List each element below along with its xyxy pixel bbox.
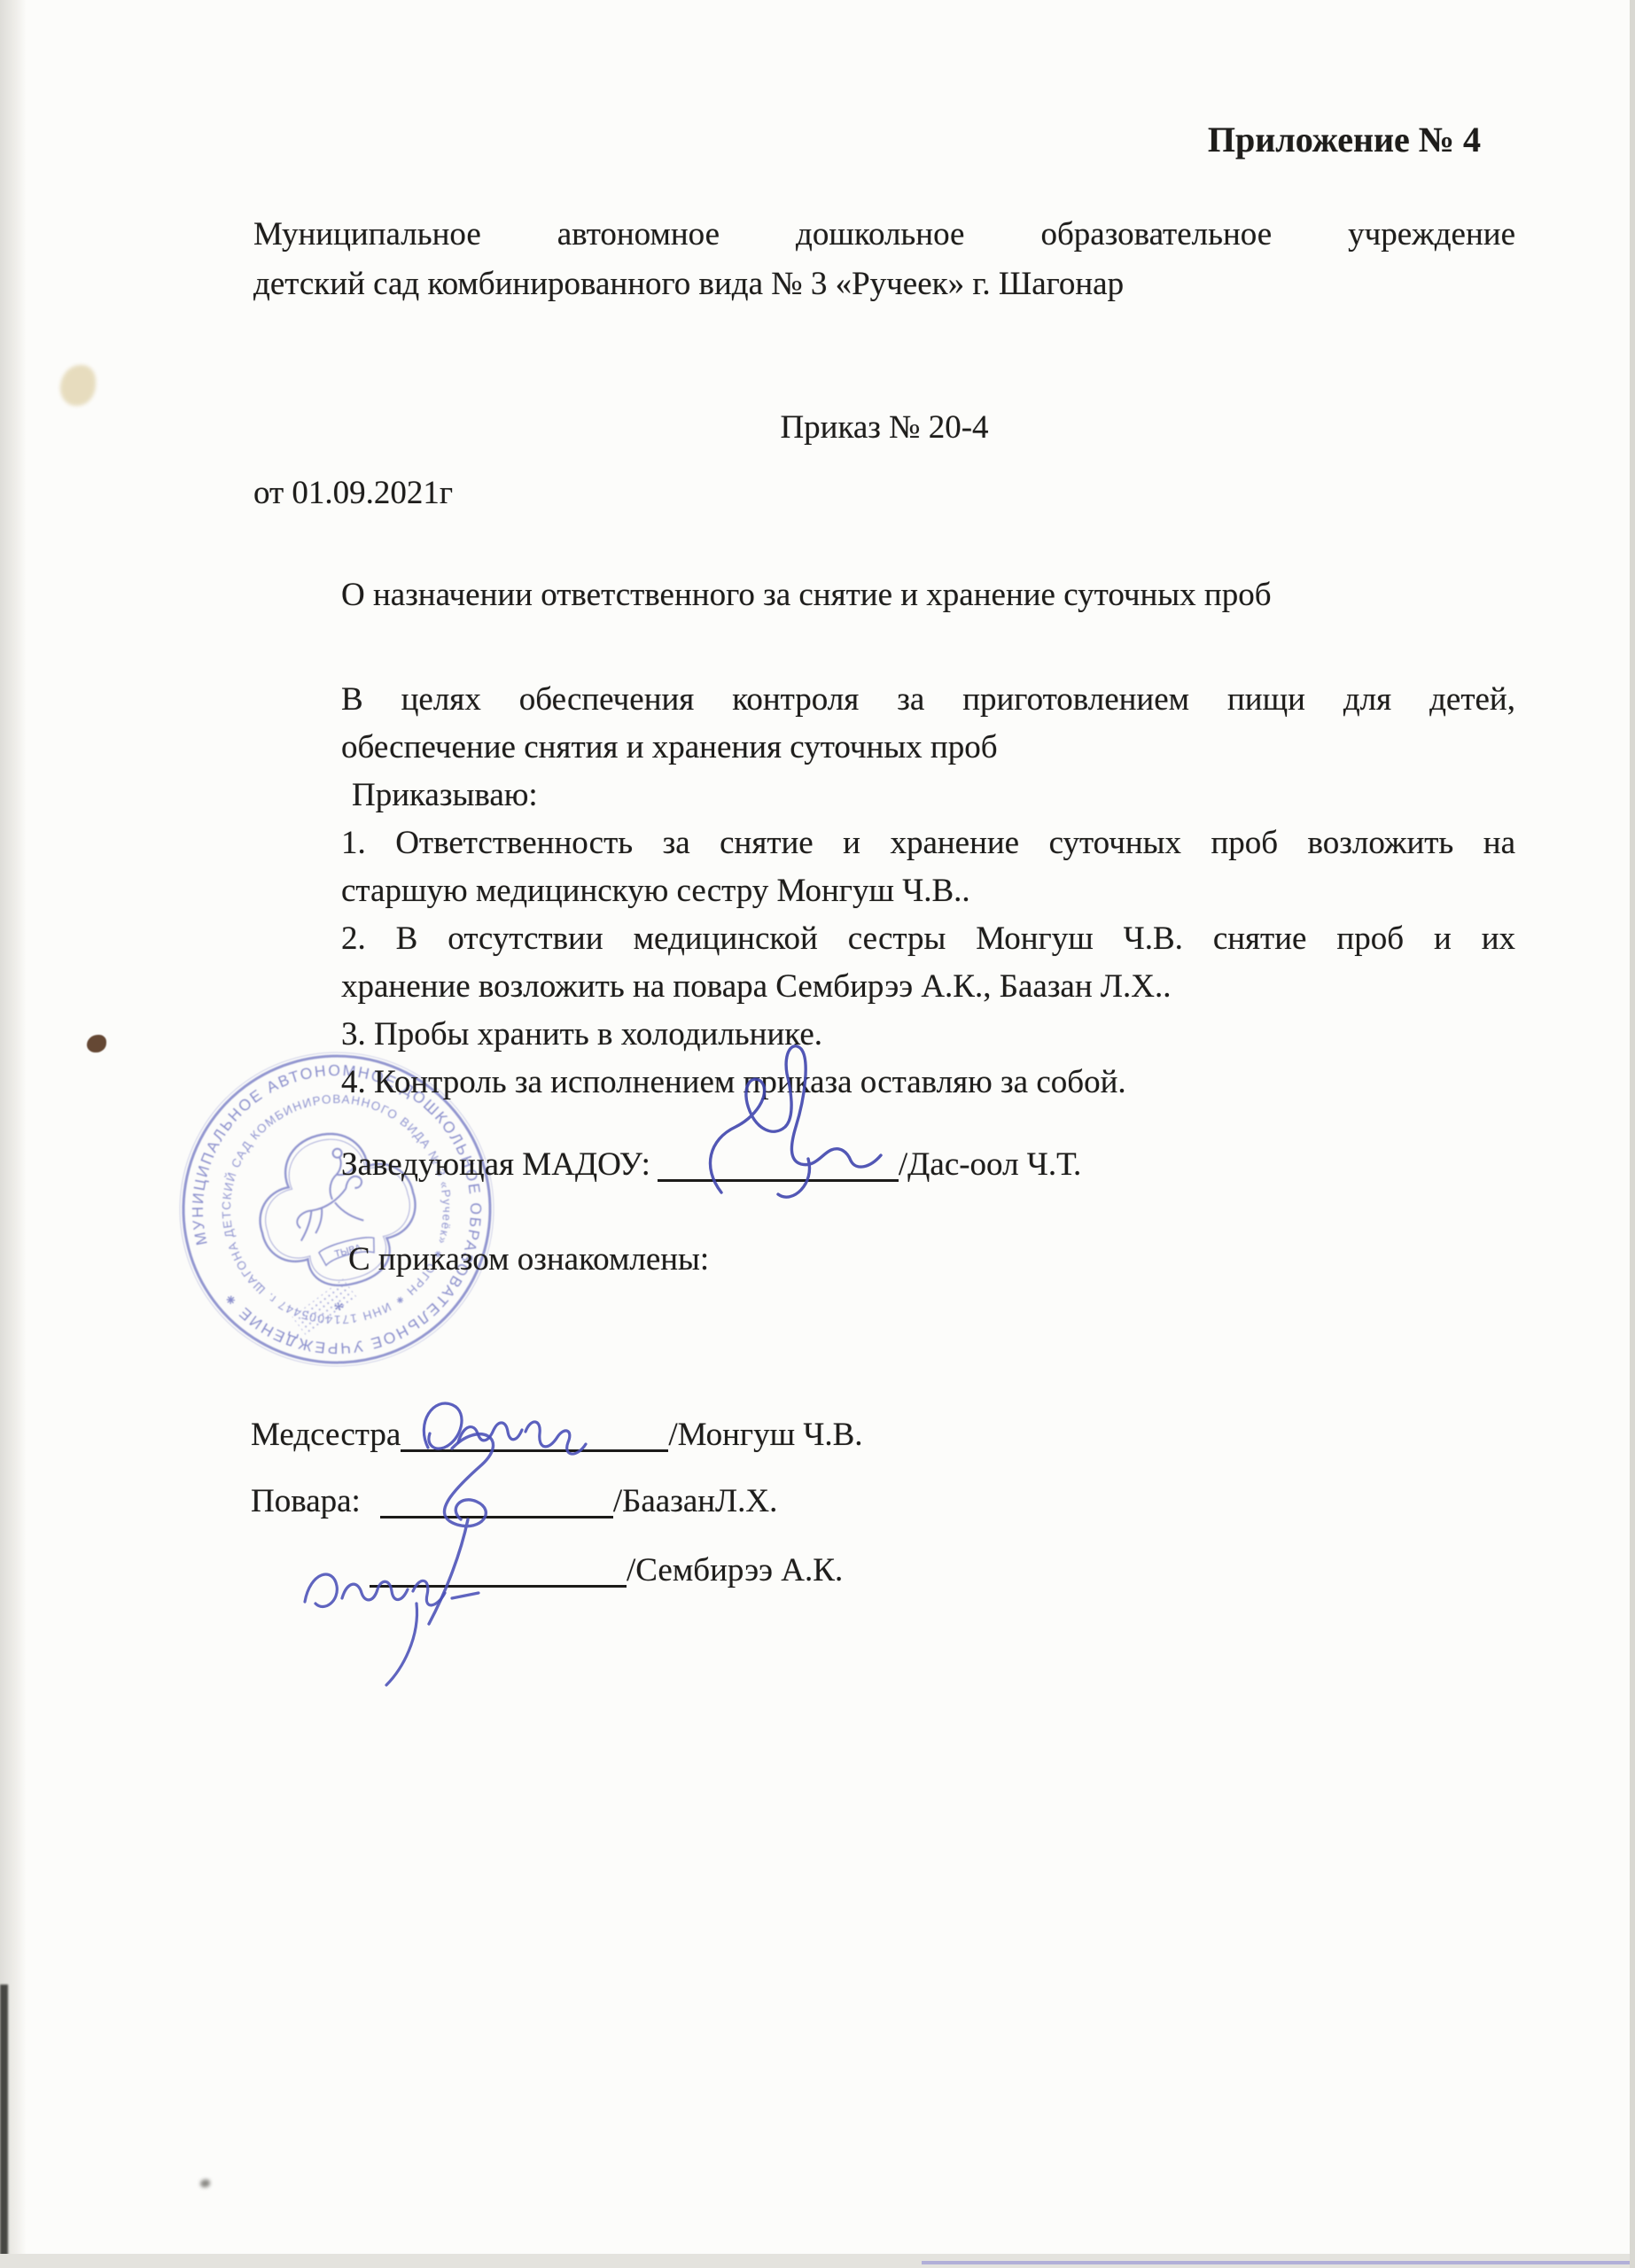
- order-item-2-line-2: хранение возложить на повара Сембирээ А.…: [341, 967, 1171, 1006]
- purpose-line-2: обеспечение снятия и хранения суточных п…: [341, 728, 998, 767]
- order-title: Приказ № 20-4: [253, 408, 1515, 447]
- order-item-1-line-2: старшую медицинскую сестру Монгуш Ч.В..: [341, 872, 970, 911]
- director-signature: [675, 1035, 923, 1212]
- director-name: /Дас-оол Ч.Т.: [899, 1146, 1081, 1183]
- order-date: от 01.09.2021г: [253, 474, 453, 513]
- order-item-2-line-1: 2. В отсутствии медицинской сестры Монгу…: [341, 920, 1515, 959]
- small-speck: [200, 2179, 210, 2187]
- order-item-1-line-1: 1. Ответственность за снятие и хранение …: [341, 824, 1515, 863]
- acknowledged-label: С приказом ознакомлены:: [348, 1240, 709, 1279]
- ink-dot: [87, 1035, 106, 1052]
- scan-left-dark-sliver: [0, 1984, 8, 2259]
- nurse-name: /Монгуш Ч.В.: [668, 1417, 862, 1453]
- appendix-label: Приложение № 4: [1208, 120, 1481, 159]
- org-name-line-1: Муниципальное автономное дошкольное обра…: [253, 215, 1515, 254]
- scan-right-edge: [1630, 0, 1635, 2268]
- cooks-title: Повара:: [251, 1483, 361, 1519]
- scan-bottom-violet-line: [922, 2261, 1635, 2264]
- cook1-name: /БаазанЛ.Х.: [613, 1483, 778, 1519]
- decree-label: Приказываю:: [352, 776, 538, 815]
- director-title: Заведующая МАДОУ:: [341, 1146, 650, 1183]
- paper-stain: [60, 365, 96, 406]
- order-subject: О назначении ответственного за снятие и …: [341, 576, 1272, 615]
- document-page: МУНИЦИПАЛЬНОЕ АВТОНОМНОЕ ДОШКОЛЬНОЕ ОБРА…: [0, 0, 1635, 2268]
- cook2-signature: [285, 1517, 525, 1694]
- purpose-line-1: В целях обеспечения контроля за приготов…: [341, 680, 1515, 719]
- cook2-name: /Сембирээ А.К.: [627, 1552, 843, 1588]
- org-name-line-2: детский сад комбинированного вида № 3 «Р…: [253, 265, 1124, 304]
- scan-left-edge: [0, 0, 27, 2268]
- scan-bottom-edge: [0, 2254, 1635, 2268]
